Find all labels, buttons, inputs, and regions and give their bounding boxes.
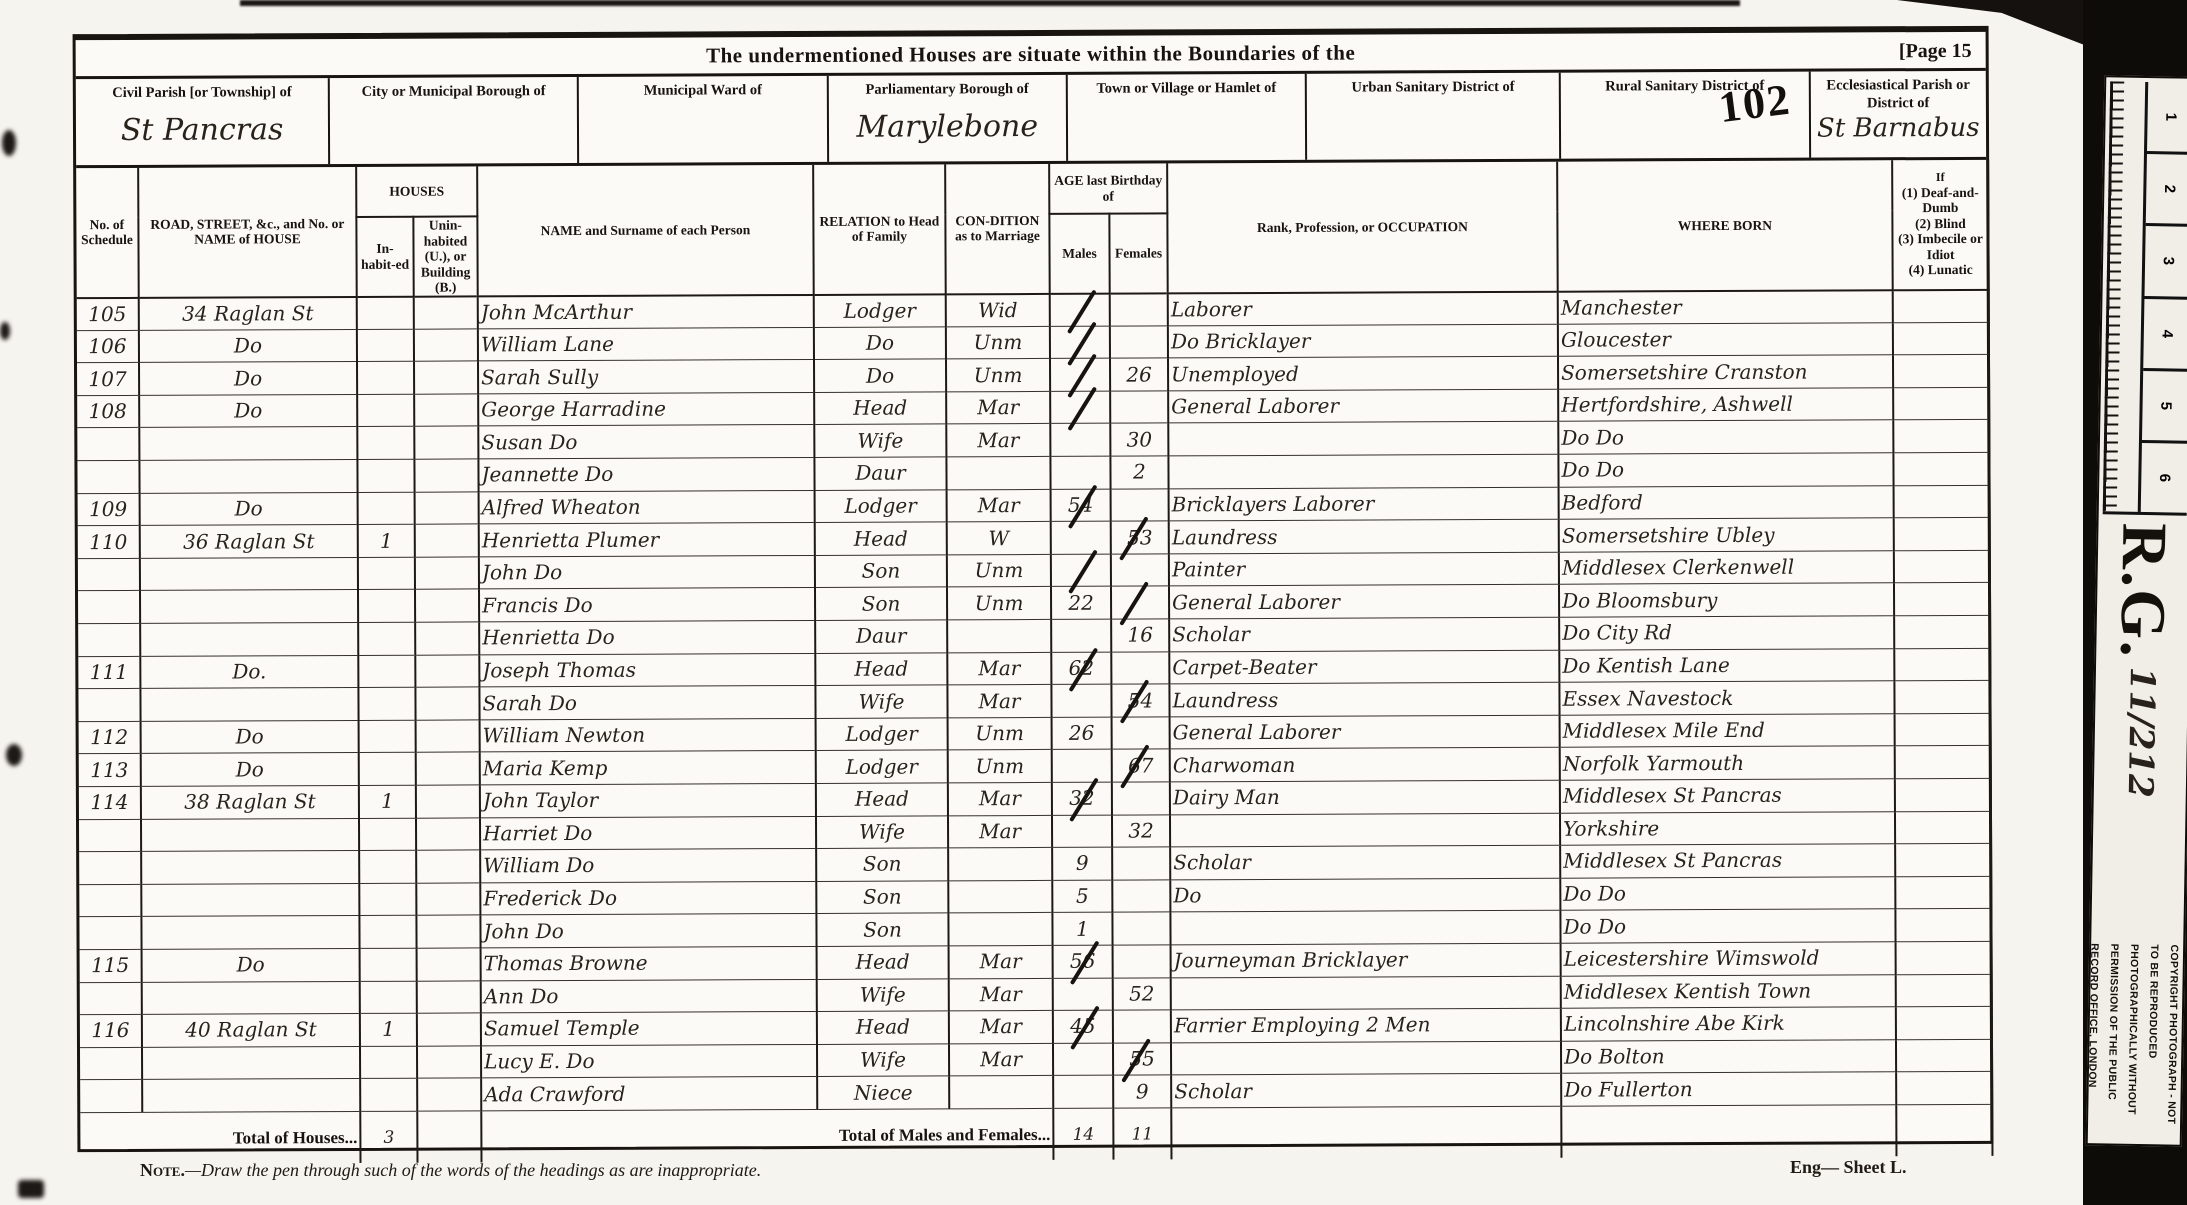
cell-condition-text: Mar (980, 949, 1022, 973)
ruler-number-cell: 3 (2144, 226, 2187, 299)
cell-where-born: Hertfordshire, Ashwell (1558, 388, 1893, 422)
cell-condition: Mar (949, 978, 1053, 1011)
cell-where-born-text: Hertfordshire, Ashwell (1561, 392, 1793, 417)
district-box: City or Municipal Borough of (330, 77, 580, 164)
cell-uninhabited (417, 1078, 481, 1111)
cell-condition: Mar (946, 391, 1050, 424)
cell-relation-text: Do (866, 331, 894, 355)
cell-road-text: Do (234, 333, 262, 357)
cell-schedule: 110 (78, 526, 140, 559)
cell-infirmity (1894, 681, 1990, 714)
cell-where-born: Do Kentish Lane (1559, 648, 1894, 682)
col-header-houses-group: HOUSES (356, 166, 477, 217)
cell-inhabited (358, 622, 415, 655)
cell-where-born: Do Do (1558, 453, 1893, 487)
cell-inhabited (359, 883, 416, 916)
cell-infirmity (1896, 1039, 1992, 1072)
infirmity-prefix: If (1895, 171, 1985, 185)
cell-name-text: John Do (482, 560, 562, 584)
cell-inhabited (359, 818, 416, 851)
cell-relation: Daur (815, 620, 947, 653)
census-table-header: No. of ScheduleROAD, STREET, &c., and No… (76, 160, 1989, 298)
cell-name-text: Ann Do (484, 984, 559, 1008)
cell-age-male-text: 9 (1076, 851, 1089, 875)
cell-age-female (1112, 912, 1170, 945)
ruler-number: 1 (2162, 113, 2179, 122)
cell-uninhabited (414, 394, 478, 427)
cell-age-male: 5 (1052, 880, 1112, 913)
cell-infirmity (1894, 648, 1990, 681)
cell-relation: Wife (817, 978, 949, 1011)
district-stamp: 102 (1716, 74, 1794, 134)
cell-age-female-text: 16 (1127, 623, 1153, 647)
cell-infirmity (1894, 583, 1990, 616)
cell-relation: Son (816, 848, 948, 881)
cell-condition-text: Wid (978, 298, 1018, 322)
cell-inhabited (357, 296, 414, 329)
cell-name: Henrietta Plumer (479, 523, 815, 557)
cell-condition (946, 456, 1050, 489)
cell-occupation (1168, 422, 1558, 456)
cell-road-text: Do (234, 399, 262, 423)
cell-condition: Mar (947, 652, 1051, 685)
cell-condition-text: W (988, 526, 1009, 550)
cell-age-male (1050, 456, 1110, 489)
cell-schedule-text: 107 (88, 367, 126, 391)
cell-condition: Mar (949, 1011, 1053, 1044)
cell-occupation: Painter (1169, 552, 1559, 586)
cell-inhabited: 1 (359, 785, 416, 818)
cell-road: 34 Raglan St (139, 297, 357, 331)
cell-where-born: Middlesex St Pancras (1560, 779, 1895, 813)
cell-age-female-text: 26 (1126, 362, 1152, 386)
cell-relation-text: Wife (860, 982, 906, 1006)
cell-road: Do (139, 362, 357, 396)
cell-age-male (1051, 684, 1111, 717)
cell-where-born-text: Do Do (1561, 425, 1624, 449)
cell-occupation-text: Bricklayers Laborer (1172, 491, 1375, 516)
cell-name-text: Alfred Wheaton (482, 495, 641, 520)
cell-occupation: Journeyman Bricklayer (1171, 943, 1561, 977)
cell-occupation (1170, 911, 1560, 945)
cell-relation: Head (817, 1011, 949, 1044)
cell-inhabited (358, 557, 415, 590)
cell-infirmity (1893, 355, 1989, 388)
district-box-value: St Barnabus (1810, 113, 1986, 144)
cell-inhabited (360, 1079, 417, 1112)
cell-condition-text: Mar (978, 689, 1020, 713)
cell-schedule (78, 558, 140, 591)
cell-inhabited (357, 394, 414, 427)
cell-road (140, 590, 358, 624)
cell-schedule: 109 (78, 493, 140, 526)
cell-age-female (1112, 717, 1170, 750)
cell-name: George Harradine (478, 392, 814, 426)
cell-relation: Do (814, 359, 946, 392)
cell-infirmity (1893, 289, 1989, 322)
cell-occupation: Laborer (1168, 291, 1558, 325)
cell-where-born: Do City Rd (1559, 616, 1894, 650)
cell-relation-text: Son (863, 917, 902, 941)
cell-relation-text: Head (856, 1015, 910, 1039)
district-box: Parliamentary Borough ofMarylebone (828, 75, 1068, 162)
cell-schedule (79, 917, 141, 950)
cell-inhabited-text: 1 (381, 789, 394, 813)
cell-where-born: Middlesex Mile End (1560, 714, 1895, 748)
cell-name-text: Francis Do (482, 593, 593, 617)
cell-schedule (80, 1047, 142, 1080)
cell-relation: Lodger (814, 294, 946, 327)
cell-name-text: George Harradine (481, 397, 666, 422)
cell-age-male-text: 5 (1076, 884, 1089, 908)
cell-condition: Mar (947, 489, 1051, 522)
cell-age-male: 54 (1051, 489, 1111, 522)
cell-age-male: 62 (1051, 652, 1111, 685)
col-header-age-males: Males (1049, 214, 1109, 294)
cell-condition-text: Mar (978, 656, 1020, 680)
cell-schedule: 113 (79, 754, 141, 787)
cell-schedule-text: 114 (90, 790, 128, 814)
cell-schedule-text: 116 (91, 1018, 129, 1042)
cell-schedule-text: 110 (89, 529, 127, 553)
cell-uninhabited (417, 948, 481, 981)
cell-infirmity (1895, 746, 1991, 779)
cell-inhabited: 1 (360, 1013, 417, 1046)
cell-relation-text: Lodger (844, 298, 916, 322)
cell-schedule (79, 852, 141, 885)
cell-age-female-text: 2 (1133, 460, 1146, 484)
cell-occupation-text: Charwoman (1173, 753, 1296, 778)
cell-age-female (1112, 847, 1170, 880)
cell-name-text: Sarah Do (482, 690, 577, 714)
cell-occupation-text: Dairy Man (1173, 785, 1280, 809)
cell-occupation-text: Laundress (1172, 524, 1278, 548)
totals-houses-value: 3 (360, 1111, 417, 1163)
cell-inhabited (360, 1046, 417, 1079)
district-box-label: City or Municipal Borough of (330, 82, 577, 101)
cell-inhabited (359, 916, 416, 949)
totals-spacer (1561, 1105, 1896, 1158)
cell-where-born-text: Norfolk Yarmouth (1563, 751, 1744, 776)
cell-name: Susan Do (478, 425, 814, 459)
cell-condition: Mar (948, 782, 1052, 815)
cell-infirmity (1893, 420, 1989, 453)
cell-occupation-text: Scholar (1172, 622, 1250, 646)
cell-road: Do. (140, 655, 358, 689)
cell-age-female (1110, 391, 1168, 424)
cell-condition: Mar (947, 685, 1051, 718)
cell-name: Alfred Wheaton (479, 490, 815, 524)
cell-road-text: Do (236, 757, 264, 781)
cell-relation: Do (814, 327, 946, 360)
cell-age-male-text: 1 (1076, 916, 1089, 940)
cell-infirmity (1893, 452, 1989, 485)
cell-relation-text: Son (863, 885, 902, 909)
cell-age-female (1113, 1010, 1171, 1043)
cell-schedule-text: 109 (89, 497, 127, 521)
col-header-inhabited: In-habit-ed (356, 217, 413, 297)
cell-occupation: Farrier Employing 2 Men (1171, 1008, 1561, 1042)
cell-infirmity (1893, 387, 1989, 420)
cell-name-text: William Do (483, 853, 594, 877)
cell-where-born-text: Somersetshire Cranston (1561, 359, 1808, 384)
col-header-age-females: Females (1109, 213, 1167, 293)
cell-road-text: Do. (232, 659, 266, 683)
cell-where-born-text: Do Bolton (1564, 1044, 1665, 1068)
cell-schedule-text: 113 (90, 758, 128, 782)
cell-where-born: Bedford (1559, 485, 1894, 519)
district-box: Municipal Ward of (579, 76, 829, 163)
district-header-row: Civil Parish [or Township] ofSt PancrasC… (76, 68, 1986, 168)
cell-name-text: Harriet Do (483, 821, 592, 845)
ruler-number-cell: 6 (2141, 443, 2187, 513)
district-box-label: Parliamentary Borough of (828, 80, 1065, 99)
cell-road (141, 883, 359, 917)
cell-schedule: 105 (77, 297, 139, 330)
cell-road-text: 34 Raglan St (182, 301, 313, 326)
cell-uninhabited (414, 296, 478, 329)
district-box-label: Municipal Ward of (579, 81, 826, 100)
col-header-age-group: AGE last Birthday of (1049, 163, 1167, 214)
cell-condition: Wid (946, 294, 1050, 327)
cell-relation-text: Wife (860, 1048, 906, 1072)
cell-age-female: 67 (1112, 749, 1170, 782)
cell-condition: Unm (947, 554, 1051, 587)
cell-schedule: 108 (77, 395, 139, 428)
cell-age-male: 45 (1053, 1010, 1113, 1043)
cell-where-born: Do Do (1558, 420, 1893, 454)
cell-occupation (1171, 976, 1561, 1010)
cell-schedule (79, 884, 141, 917)
ruler-number: 2 (2161, 185, 2178, 194)
cell-name-text: Henrietta Plumer (482, 527, 660, 552)
cell-infirmity (1896, 941, 1992, 974)
cell-age-male (1050, 391, 1110, 424)
cell-relation-text: Daur (855, 461, 906, 485)
cell-condition-text: Unm (974, 363, 1023, 387)
cell-uninhabited (414, 361, 478, 394)
cell-name: Lucy E. Do (481, 1044, 817, 1078)
cell-where-born-text: Middlesex St Pancras (1563, 848, 1782, 873)
cell-occupation: General Laborer (1169, 585, 1559, 619)
cell-condition: Mar (946, 424, 1050, 457)
cell-uninhabited (415, 655, 479, 688)
district-box: Rural Sanitary District of102 (1561, 72, 1811, 159)
cell-where-born: Essex Navestock (1559, 681, 1894, 715)
cell-where-born-text: Do Bloomsbury (1562, 588, 1717, 613)
cell-name: Sarah Do (479, 686, 815, 720)
cell-uninhabited (416, 915, 480, 948)
cell-age-male (1051, 619, 1111, 652)
totals-row: Total of Houses...3Total of Males and Fe… (80, 1104, 1992, 1164)
cell-condition (947, 619, 1051, 652)
cell-name: Maria Kemp (480, 751, 816, 785)
col-header-schedule: No. of Schedule (76, 168, 139, 298)
cell-condition-text: Mar (979, 819, 1021, 843)
cell-relation: Head (815, 652, 947, 685)
cell-condition: Mar (948, 815, 1052, 848)
cell-road: Do (141, 753, 359, 787)
cell-occupation-text: General Laborer (1173, 720, 1341, 745)
cell-occupation-text: Scholar (1173, 851, 1251, 875)
cell-uninhabited (416, 720, 480, 753)
cell-occupation-text: Scholar (1174, 1079, 1252, 1103)
cell-road (142, 981, 360, 1015)
cell-where-born: Do Bloomsbury (1559, 583, 1894, 617)
cell-condition-text: Mar (978, 493, 1020, 517)
cell-age-male: 22 (1051, 587, 1111, 620)
cell-road (140, 557, 358, 591)
totals-houses-value-text: 3 (383, 1127, 394, 1147)
cell-relation-text: Son (862, 591, 901, 615)
copyright-notice: COPYRIGHT PHOTOGRAPH - NOT TO BE REPRODU… (2094, 943, 2183, 1134)
col-header-occupation: Rank, Profession, or OCCUPATION (1167, 162, 1558, 293)
cell-relation: Head (815, 522, 947, 555)
cell-relation: Lodger (815, 490, 947, 523)
cell-condition (948, 913, 1052, 946)
cell-occupation: Laundress (1169, 682, 1559, 716)
cell-condition (948, 848, 1052, 881)
cell-age-male (1051, 521, 1111, 554)
cell-name-text: Frederick Do (483, 886, 617, 911)
cell-condition-text: Unm (975, 591, 1024, 615)
infirmity-item: (4) Lunatic (1896, 262, 1986, 278)
cell-name-text: John Taylor (483, 788, 598, 813)
ruler-number: 4 (2158, 329, 2175, 338)
cell-age-male (1053, 1075, 1113, 1108)
cell-road (141, 851, 359, 885)
census-form: The undermentioned Houses are situate wi… (73, 26, 1994, 1152)
district-box-value: St Pancras (76, 112, 328, 148)
cell-name: Jeannette Do (478, 457, 814, 491)
cell-schedule (78, 623, 140, 656)
cell-inhabited (357, 459, 414, 492)
record-reference: R.G. 11/212 (2092, 522, 2187, 924)
cell-road: 36 Raglan St (140, 525, 358, 559)
cell-condition-text: Mar (980, 1047, 1022, 1071)
cell-relation: Head (816, 783, 948, 816)
cell-condition-text: Mar (980, 982, 1022, 1006)
cell-inhabited (358, 687, 415, 720)
cell-name: Frederick Do (480, 881, 816, 915)
cell-name-text: William Lane (481, 332, 614, 357)
cell-where-born-text: Middlesex St Pancras (1563, 783, 1782, 808)
cell-name-text: Maria Kemp (483, 756, 608, 781)
cell-condition-text: Mar (979, 786, 1021, 810)
cell-schedule-text: 106 (88, 334, 126, 358)
cell-infirmity (1894, 615, 1990, 648)
cell-age-female-text: 52 (1129, 981, 1155, 1005)
cell-occupation-text: General Laborer (1171, 394, 1339, 419)
totals-persons-label: Total of Males and Females... (481, 1108, 1053, 1162)
cell-inhabited-text: 1 (380, 528, 393, 552)
cell-where-born: Leicestershire Wimswold (1561, 942, 1896, 976)
cell-age-male (1052, 815, 1112, 848)
cell-schedule (77, 428, 139, 461)
cell-where-born: Middlesex Kentish Town (1561, 974, 1896, 1008)
cell-road: 38 Raglan St (141, 785, 359, 819)
cell-relation-text: Wife (857, 428, 903, 452)
cell-occupation: Laundress (1169, 519, 1559, 553)
cell-age-female: 16 (1111, 619, 1169, 652)
cell-relation-text: Head (853, 396, 907, 420)
census-table: No. of ScheduleROAD, STREET, &c., and No… (76, 160, 1993, 1165)
cell-uninhabited (414, 329, 478, 362)
cell-uninhabited (416, 752, 480, 785)
cell-age-female (1111, 586, 1169, 619)
cell-schedule-text: 108 (89, 399, 127, 423)
cell-schedule: 116 (80, 1015, 142, 1048)
cell-road (140, 688, 358, 722)
cell-age-female: 30 (1110, 423, 1168, 456)
cell-occupation: General Laborer (1168, 389, 1558, 423)
col-header-uninhabited: Unin-habited (U.), or Building (B.) (413, 216, 477, 296)
cell-uninhabited (417, 980, 481, 1013)
cell-where-born: Do Do (1560, 877, 1895, 911)
cell-occupation (1168, 454, 1558, 488)
cell-name: Sarah Sully (478, 360, 814, 394)
cell-relation-text: Lodger (846, 754, 918, 778)
cell-occupation-text: Carpet-Beater (1172, 655, 1316, 680)
cell-age-male: 32 (1052, 782, 1112, 815)
cell-age-male (1052, 750, 1112, 783)
cell-schedule-text: 112 (90, 725, 128, 749)
cell-name-text: Samuel Temple (484, 1016, 640, 1041)
col-header-condition: CON-DITION as to Marriage (945, 164, 1050, 294)
cell-road-text: Do (235, 496, 263, 520)
cell-road (139, 427, 357, 461)
cell-where-born: Manchester (1558, 290, 1893, 324)
cell-age-female (1110, 326, 1168, 359)
infirmity-item: (2) Blind (1895, 216, 1985, 232)
cell-road (141, 818, 359, 852)
cell-infirmity (1896, 1072, 1992, 1105)
cell-age-male: 9 (1052, 847, 1112, 880)
district-box: Ecclesiastical Parish or District ofSt B… (1810, 71, 1986, 158)
cell-where-born-text: Middlesex Mile End (1563, 718, 1765, 743)
cell-where-born: Lincolnshire Abe Kirk (1561, 1007, 1896, 1041)
footer-note-text: —Draw the pen through such of the words … (185, 1160, 761, 1180)
cell-age-male-text: 22 (1068, 590, 1094, 614)
cell-relation-text: Head (856, 950, 910, 974)
cell-road: Do (139, 394, 357, 428)
cell-where-born-text: Do City Rd (1562, 621, 1672, 645)
cell-where-born-text: Lincolnshire Abe Kirk (1564, 1011, 1785, 1036)
cell-name: Joseph Thomas (479, 653, 815, 687)
ruler-number: 3 (2160, 257, 2177, 266)
cell-inhabited (360, 948, 417, 981)
cell-inhabited (358, 655, 415, 688)
cell-age-female: 55 (1113, 1043, 1171, 1076)
cell-infirmity (1895, 909, 1991, 942)
record-reference-series: R.G. (2105, 522, 2181, 659)
cell-occupation: Scholar (1170, 845, 1560, 879)
cell-infirmity (1896, 974, 1992, 1007)
cell-schedule: 106 (77, 330, 139, 363)
cell-road-text: 38 Raglan St (184, 789, 315, 814)
cell-relation: Wife (817, 1044, 949, 1077)
cell-occupation-text: Farrier Employing 2 Men (1174, 1013, 1431, 1038)
cell-where-born-text: Middlesex Clerkenwell (1562, 555, 1794, 580)
cell-age-female: 26 (1110, 358, 1168, 391)
cell-name: William Newton (480, 718, 816, 752)
footer-note-prefix: Note. (140, 1160, 185, 1180)
cell-condition: Unm (946, 359, 1050, 392)
cell-age-male (1050, 424, 1110, 457)
cell-relation-text: Son (863, 852, 902, 876)
cell-uninhabited (415, 622, 479, 655)
cell-relation: Niece (817, 1076, 949, 1109)
